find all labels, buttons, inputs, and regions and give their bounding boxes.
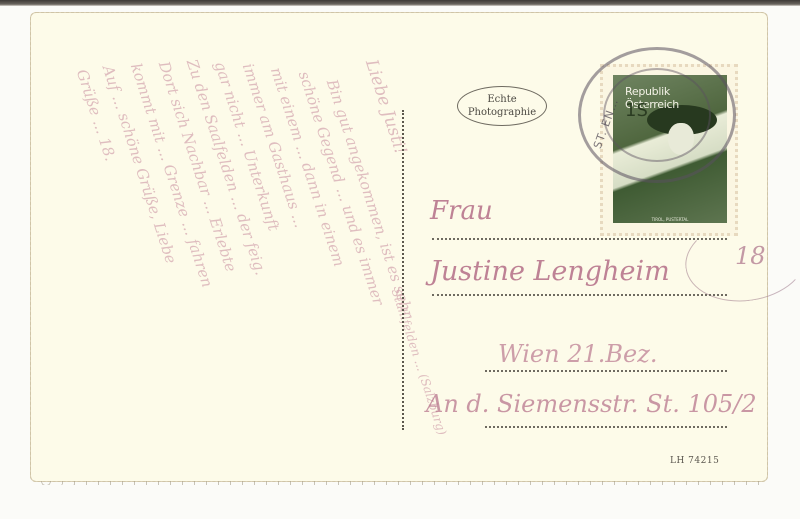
postmark-inner-ring bbox=[603, 68, 711, 162]
address-line-2 bbox=[432, 294, 727, 296]
badge-line: Echte bbox=[458, 93, 546, 106]
echte-photographie-badge: Echte Photographie bbox=[457, 86, 547, 126]
stamp-caption: TIROL, PUSTERTAL bbox=[613, 217, 727, 222]
catalog-number: LH 74215 bbox=[670, 456, 719, 466]
address-street: An d. Siemensstr. St. 105/2 bbox=[426, 390, 757, 418]
message-address-divider bbox=[402, 110, 404, 430]
rate-note: 18 bbox=[735, 242, 766, 270]
deckled-edge bbox=[40, 481, 766, 485]
handwritten-message: Liebe Justi! Bin gut angekommen, ist es … bbox=[90, 57, 410, 477]
address-name: Justine Lengheim bbox=[430, 256, 670, 287]
postcard-back: Liebe Justi! Bin gut angekommen, ist es … bbox=[30, 12, 768, 482]
postmark-cancellation: ST. EN… bbox=[578, 47, 736, 183]
address-city: Wien 21.Bez. bbox=[498, 340, 658, 368]
scanner-edge bbox=[0, 0, 800, 6]
address-line-1 bbox=[432, 238, 727, 240]
badge-line: Photographie bbox=[458, 106, 546, 119]
address-line-4 bbox=[485, 426, 727, 428]
address-salutation: Frau bbox=[430, 196, 493, 226]
address-line-3 bbox=[485, 370, 727, 372]
